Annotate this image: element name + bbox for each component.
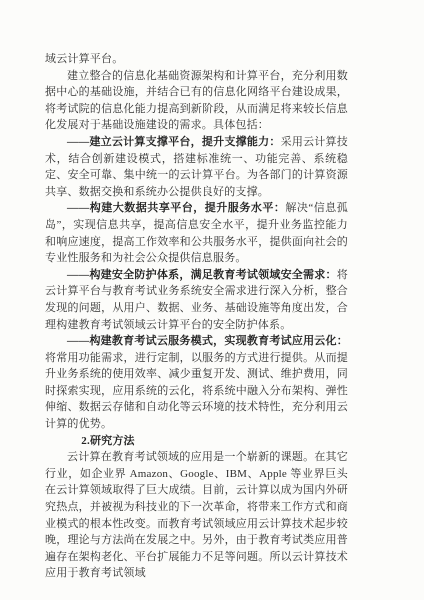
document-page: 域云计算平台。 建立整合的信息化基础资源架构和计算平台，充分利用数据中心的基础设…	[0, 0, 424, 600]
bullet-lead-3: ——构建安全防护体系，满足教育考试领域安全需求：	[67, 269, 337, 281]
bullet-body-4: 将常用功能需求，进行定制，以服务的方式进行提供。从而提升业务系统的使用效率、减少…	[45, 352, 348, 430]
paragraph-intro: 建立整合的信息化基础资源架构和计算平台，充分利用数据中心的基础设施，并结合已有的…	[45, 68, 348, 134]
bullet-lead-1: ——建立云计算支撑平台，提升支撑能力：	[67, 136, 281, 148]
section-heading: 2.研究方法	[45, 433, 348, 450]
bullet-paragraph-1: ——建立云计算支撑平台，提升支撑能力：采用云计算技术，结合创新建设模式，搭建标准…	[45, 134, 348, 200]
bullet-lead-4: ——构建教育考试云服务模式，实现教育考试应用云化：	[67, 335, 348, 347]
page-content: 域云计算平台。 建立整合的信息化基础资源架构和计算平台，充分利用数据中心的基础设…	[45, 51, 348, 582]
bullet-paragraph-3: ——构建安全防护体系，满足教育考试领域安全需求：将云计算平台与教育考试业务系统安…	[45, 267, 348, 333]
paragraph-continuation: 域云计算平台。	[45, 51, 348, 68]
bullet-paragraph-2: ——构建大数据共享平台，提升服务水平：解决“信息孤岛”，实现信息共享，提高信息安…	[45, 200, 348, 266]
bullet-paragraph-4: ——构建教育考试云服务模式，实现教育考试应用云化：将常用功能需求，进行定制，以服…	[45, 333, 348, 433]
paragraph-method: 云计算在教育考试领域的应用是一个崭新的课题。在其它行业，如企业界 Amazon、…	[45, 449, 348, 582]
bullet-lead-2: ——构建大数据共享平台，提升服务水平：	[67, 202, 285, 214]
